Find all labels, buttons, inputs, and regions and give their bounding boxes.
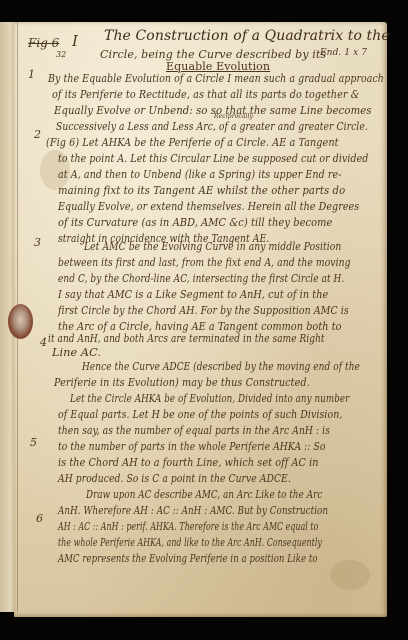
text-line: Successively a Less and Less Arc, of a g… bbox=[56, 120, 368, 133]
text-line: Draw upon AC describe AMC, an Arc Like t… bbox=[86, 488, 322, 501]
title-line-1: The Construction of a Quadratrix to the bbox=[104, 28, 390, 44]
text-line: By the Equable Evolution of a Circle I m… bbox=[48, 72, 384, 85]
text-line: Line AC. bbox=[52, 346, 101, 359]
text-line: AMC represents the Evolving Periferie in… bbox=[58, 552, 318, 565]
text-line: Periferie in its Evolution) may be thus … bbox=[54, 376, 310, 389]
text-line: is the Chord AH to a fourth Line, which … bbox=[58, 456, 319, 469]
paper-stain bbox=[330, 560, 370, 590]
text-line: first Circle by the Chord AH. For by the… bbox=[58, 304, 349, 317]
margin-number: 3 bbox=[34, 236, 41, 249]
text-line: AH produced. So is C a point in the Curv… bbox=[58, 472, 291, 485]
margin-number: 5 bbox=[30, 436, 37, 449]
margin-number: 2 bbox=[34, 128, 41, 141]
margin-number: 1 bbox=[28, 68, 35, 81]
margin-number: 6 bbox=[36, 512, 43, 525]
text-line: of its Curvature (as in ABD, AMC &c) til… bbox=[58, 216, 332, 229]
corner-note: End. 1 x 7 bbox=[320, 48, 367, 58]
text-line: Let the Circle AHKA be of Evolution, Div… bbox=[70, 392, 349, 405]
text-line: Equally Evolve or Unbend: so so that the… bbox=[54, 104, 372, 117]
section-mark: I bbox=[72, 32, 78, 50]
text-line: it and AnH, and both Arcs are terminated… bbox=[48, 332, 325, 345]
text-line: then say, as the number of equal parts i… bbox=[58, 424, 330, 437]
text-line: AnH. Wherefore AH : AC :: AnH : AMC. But… bbox=[58, 504, 328, 517]
text-line: between its first and last, from the fix… bbox=[58, 256, 351, 269]
text-line: to the point A. Let this Circular Line b… bbox=[58, 152, 368, 165]
text-line: of Equal parts. Let H be one of the poin… bbox=[58, 408, 342, 421]
small-note: 32 bbox=[56, 50, 66, 59]
text-line: to the number of parts in the whole Peri… bbox=[58, 440, 325, 453]
interlinear-note: Reciprocally bbox=[214, 113, 253, 120]
text-line: of its Periferie to Rectitude, as that a… bbox=[52, 88, 359, 101]
figure-ref-struck: Fig 6 bbox=[28, 36, 59, 50]
text-line: at A, and then to Unbend (like a Spring)… bbox=[58, 168, 342, 181]
red-wax-seal-mark bbox=[8, 304, 33, 339]
text-line: Let AMC be the Evolving Curve in any mid… bbox=[84, 240, 341, 253]
text-line: maining fixt to its Tangent AE whilst th… bbox=[58, 184, 345, 197]
text-line: the whole Periferie AHKA, and like to th… bbox=[58, 536, 322, 549]
text-line: Equally Evolve, or extend themselves. He… bbox=[58, 200, 359, 213]
text-line: Hence the Curve ADCE (described by the m… bbox=[82, 360, 360, 373]
margin-number: 4 bbox=[40, 336, 47, 349]
text-line: I say that AMC is a Like Segment to AnH,… bbox=[58, 288, 328, 301]
text-line: AH : AC :: AnH : perif. AHKA. Therefore … bbox=[58, 520, 318, 533]
text-line: (Fig 6) Let AHKA be the Periferie of a C… bbox=[46, 136, 339, 149]
text-line: end C, by the Chord-line AC, intersectin… bbox=[58, 272, 344, 285]
